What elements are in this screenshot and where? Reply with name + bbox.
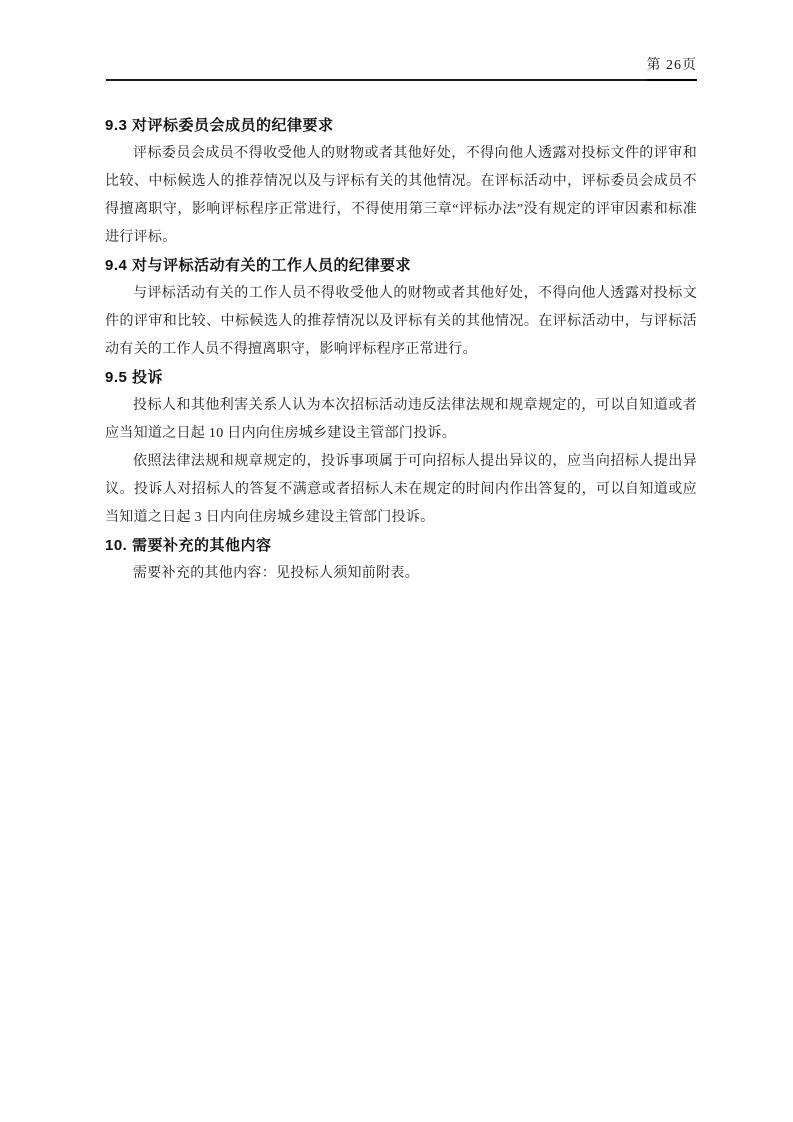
section-heading-9-4: 9.4 对与评标活动有关的工作人员的纪律要求 bbox=[105, 252, 697, 280]
paragraph: 评标委员会成员不得收受他人的财物或者其他好处，不得向他人透露对投标文件的评审和比… bbox=[105, 140, 697, 252]
section-heading-9-5: 9.5 投诉 bbox=[105, 364, 697, 392]
page-header: 第 26页 bbox=[106, 57, 697, 81]
paragraph: 投标人和其他利害关系人认为本次招标活动违反法律法规和规章规定的，可以自知道或者应… bbox=[105, 392, 697, 448]
paragraph: 需要补充的其他内容：见投标人须知前附表。 bbox=[105, 560, 697, 588]
document-content: 9.3 对评标委员会成员的纪律要求 评标委员会成员不得收受他人的财物或者其他好处… bbox=[105, 112, 697, 588]
page-number: 第 26页 bbox=[647, 57, 698, 81]
section-heading-10: 10. 需要补充的其他内容 bbox=[105, 532, 697, 560]
paragraph: 与评标活动有关的工作人员不得收受他人的财物或者其他好处，不得向他人透露对投标文件… bbox=[105, 280, 697, 364]
section-heading-9-3: 9.3 对评标委员会成员的纪律要求 bbox=[105, 112, 697, 140]
document-page: 第 26页 9.3 对评标委员会成员的纪律要求 评标委员会成员不得收受他人的财物… bbox=[0, 0, 793, 1122]
paragraph: 依照法律法规和规章规定的，投诉事项属于可向招标人提出异议的，应当向招标人提出异议… bbox=[105, 448, 697, 532]
